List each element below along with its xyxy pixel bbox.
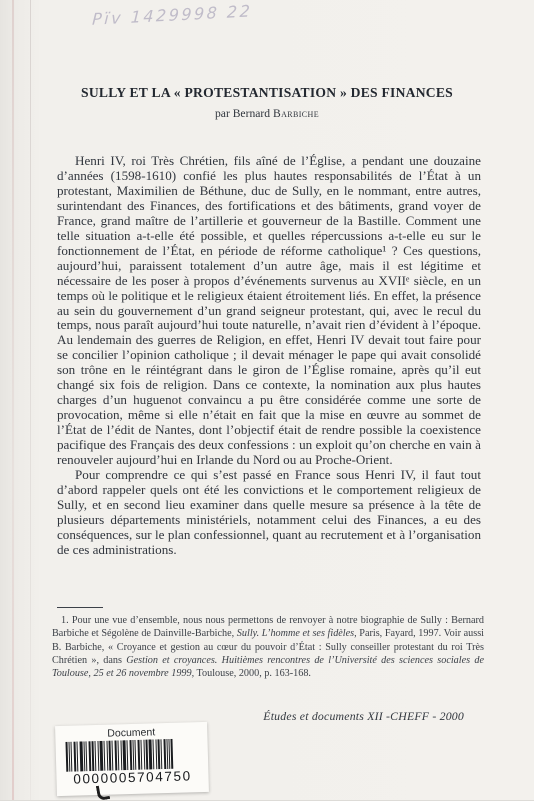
byline-author-name: Barbiche	[273, 107, 319, 120]
barcode-label: Document	[107, 726, 155, 739]
article-byline: par Bernard Barbiche	[0, 107, 534, 120]
paragraph: Henri IV, roi Très Chrétien, fils aîné d…	[57, 154, 481, 468]
article-body: Henri IV, roi Très Chrétien, fils aîné d…	[57, 154, 481, 558]
barcode-number: 0000005704750	[73, 768, 192, 786]
scanned-page: Pïv 1429998 22 SULLY ET LA « PROTESTANTI…	[0, 0, 534, 800]
barcode-sticker: Document 0000005704750	[55, 722, 209, 796]
page-footer: Études et documents XII -CHEFF - 2000	[263, 709, 464, 724]
footnote: 1. Pour une vue d’ensemble, nous nous pe…	[52, 614, 484, 680]
page-corner-mark	[96, 784, 110, 800]
scan-crease-inner	[30, 0, 31, 800]
handwritten-annotation: Pïv 1429998 22	[92, 0, 313, 29]
byline-prefix: par Bernard	[215, 107, 273, 120]
article-title: SULLY ET LA « PROTESTANTISATION » DES FI…	[0, 85, 534, 101]
footnote-separator	[57, 607, 103, 608]
paragraph: Pour comprendre ce qui s’est passé en Fr…	[57, 468, 481, 558]
scan-crease-left	[12, 0, 14, 800]
barcode-image	[64, 738, 199, 772]
